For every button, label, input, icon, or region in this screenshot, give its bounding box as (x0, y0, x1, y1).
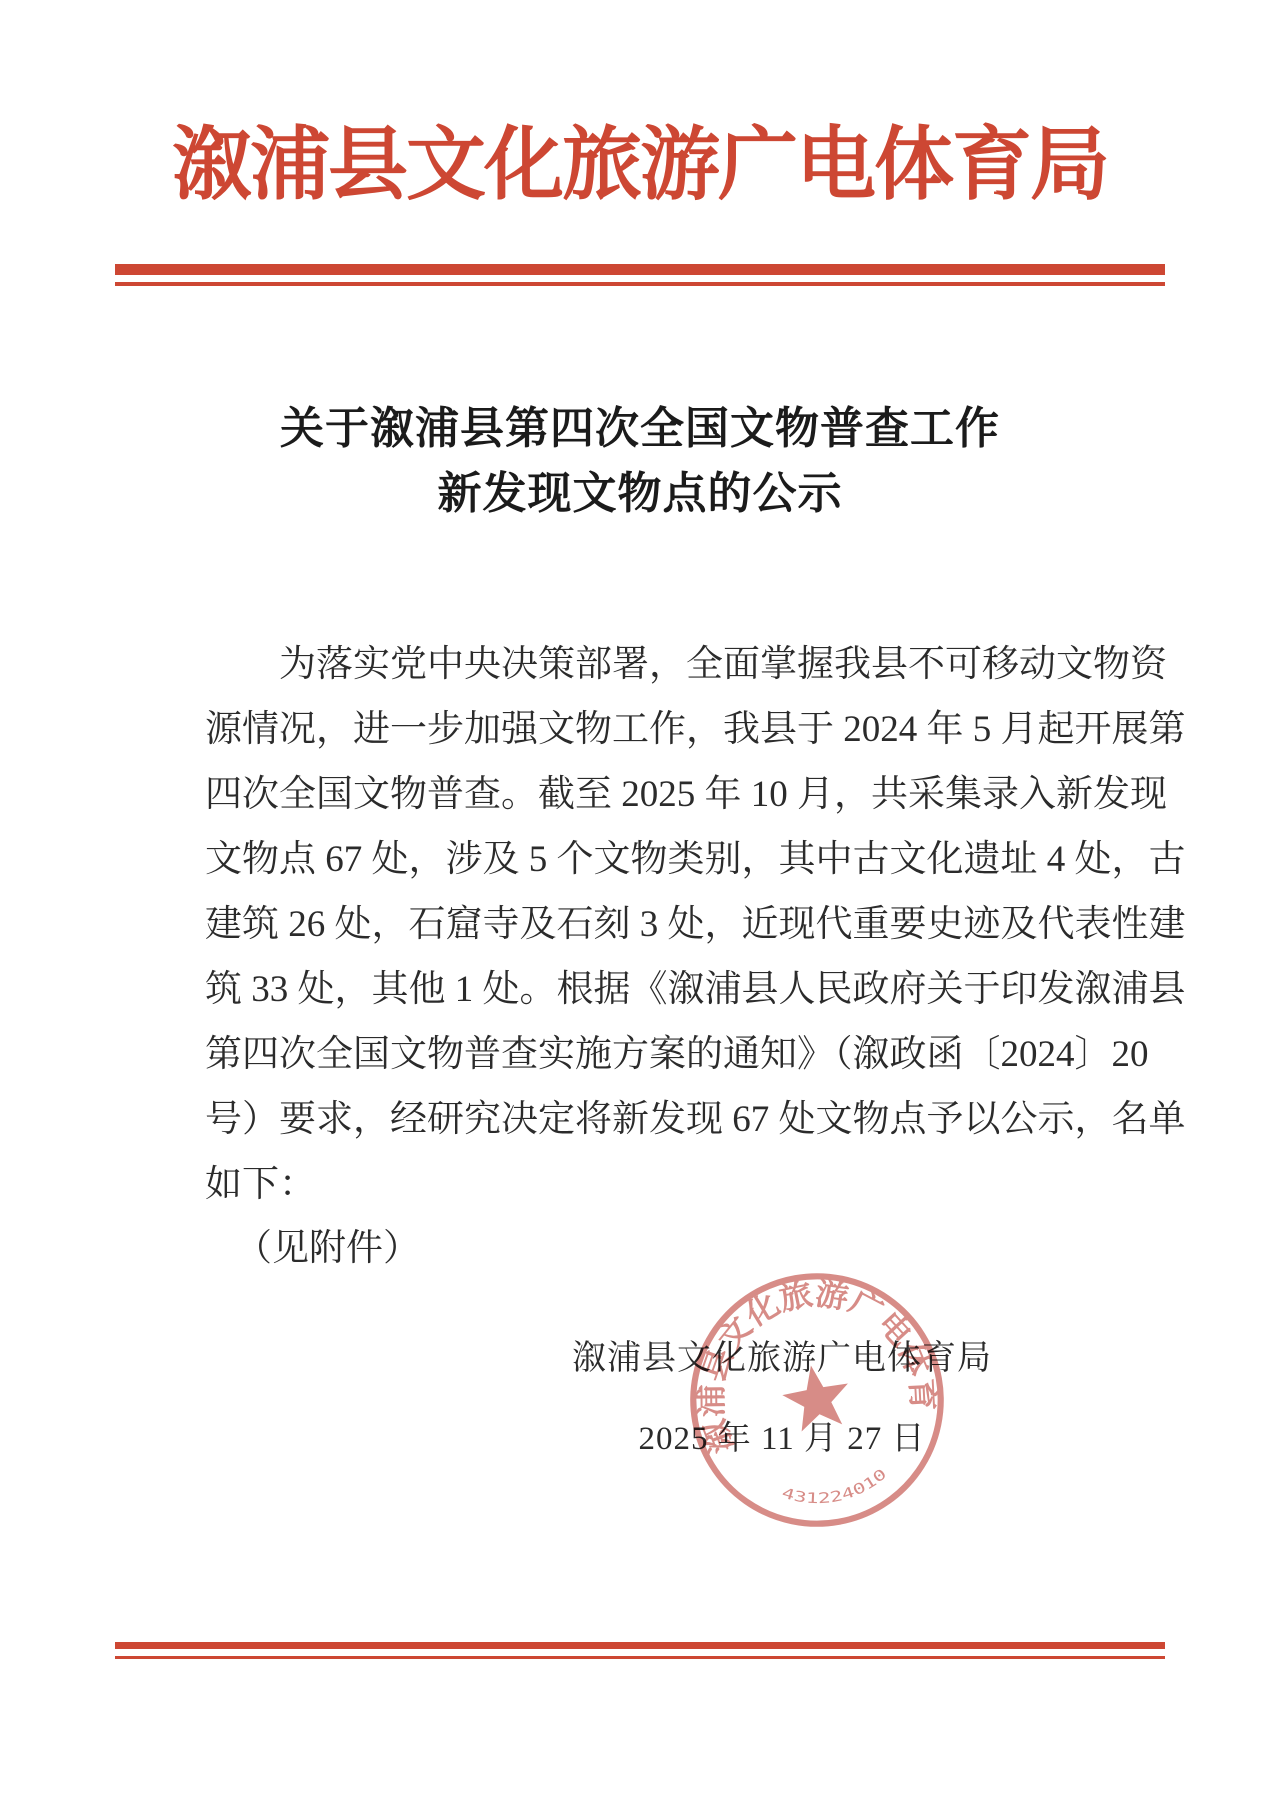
stamp-star-icon (778, 1360, 855, 1434)
footer-rule-thick (115, 1642, 1165, 1649)
stamp-arc-text: 溆浦县文化旅游广电体育局 (662, 1245, 946, 1464)
body-line: 建筑 26 处，石窟寺及石刻 3 处，近现代重要史迹及代表性建 (205, 892, 1095, 957)
body-line: 筑 33 处，其他 1 处。根据《溆浦县人民政府关于印发溆浦县 (205, 957, 1095, 1022)
document-title: 关于溆浦县第四次全国文物普查工作 新发现文物点的公示 (0, 396, 1280, 526)
letterhead-rule-thin (115, 282, 1165, 286)
official-seal-stamp: 溆浦县文化旅游广电体育局 4312240107583 (662, 1245, 972, 1555)
body-line: 文物点 67 处，涉及 5 个文物类别，其中古文化遗址 4 处，古 (205, 827, 1095, 892)
footer-rule-thin (115, 1656, 1165, 1659)
body-line: 四次全国文物普查。截至 2025 年 10 月，共采集录入新发现 (205, 762, 1095, 827)
document-title-line1: 关于溆浦县第四次全国文物普查工作 (0, 396, 1280, 461)
document-title-line2: 新发现文物点的公示 (0, 461, 1280, 526)
body-line: 第四次全国文物普查实施方案的通知》（溆政函〔2024〕20 (205, 1022, 1095, 1087)
svg-text:溆浦县文化旅游广电体育局: 溆浦县文化旅游广电体育局 (662, 1245, 946, 1464)
letterhead-rule-thick (115, 264, 1165, 275)
body-line: 如下： (205, 1152, 1095, 1217)
body-line: 为落实党中央决策部署，全面掌握我县不可移动文物资 (205, 632, 1095, 697)
attachment-note: （见附件） (205, 1217, 420, 1271)
body-paragraph: 为落实党中央决策部署，全面掌握我县不可移动文物资源情况，进一步加强文物工作，我县… (205, 632, 1095, 1217)
body-line: 源情况，进一步加强文物工作，我县于 2024 年 5 月起开展第 (205, 697, 1095, 762)
letterhead-agency: 溆浦县文化旅游广电体育局 (0, 100, 1280, 215)
body-line: 号）要求，经研究决定将新发现 67 处文物点予以公示，名单 (205, 1087, 1095, 1152)
document-page: 溆浦县文化旅游广电体育局 关于溆浦县第四次全国文物普查工作 新发现文物点的公示 … (0, 0, 1280, 1811)
